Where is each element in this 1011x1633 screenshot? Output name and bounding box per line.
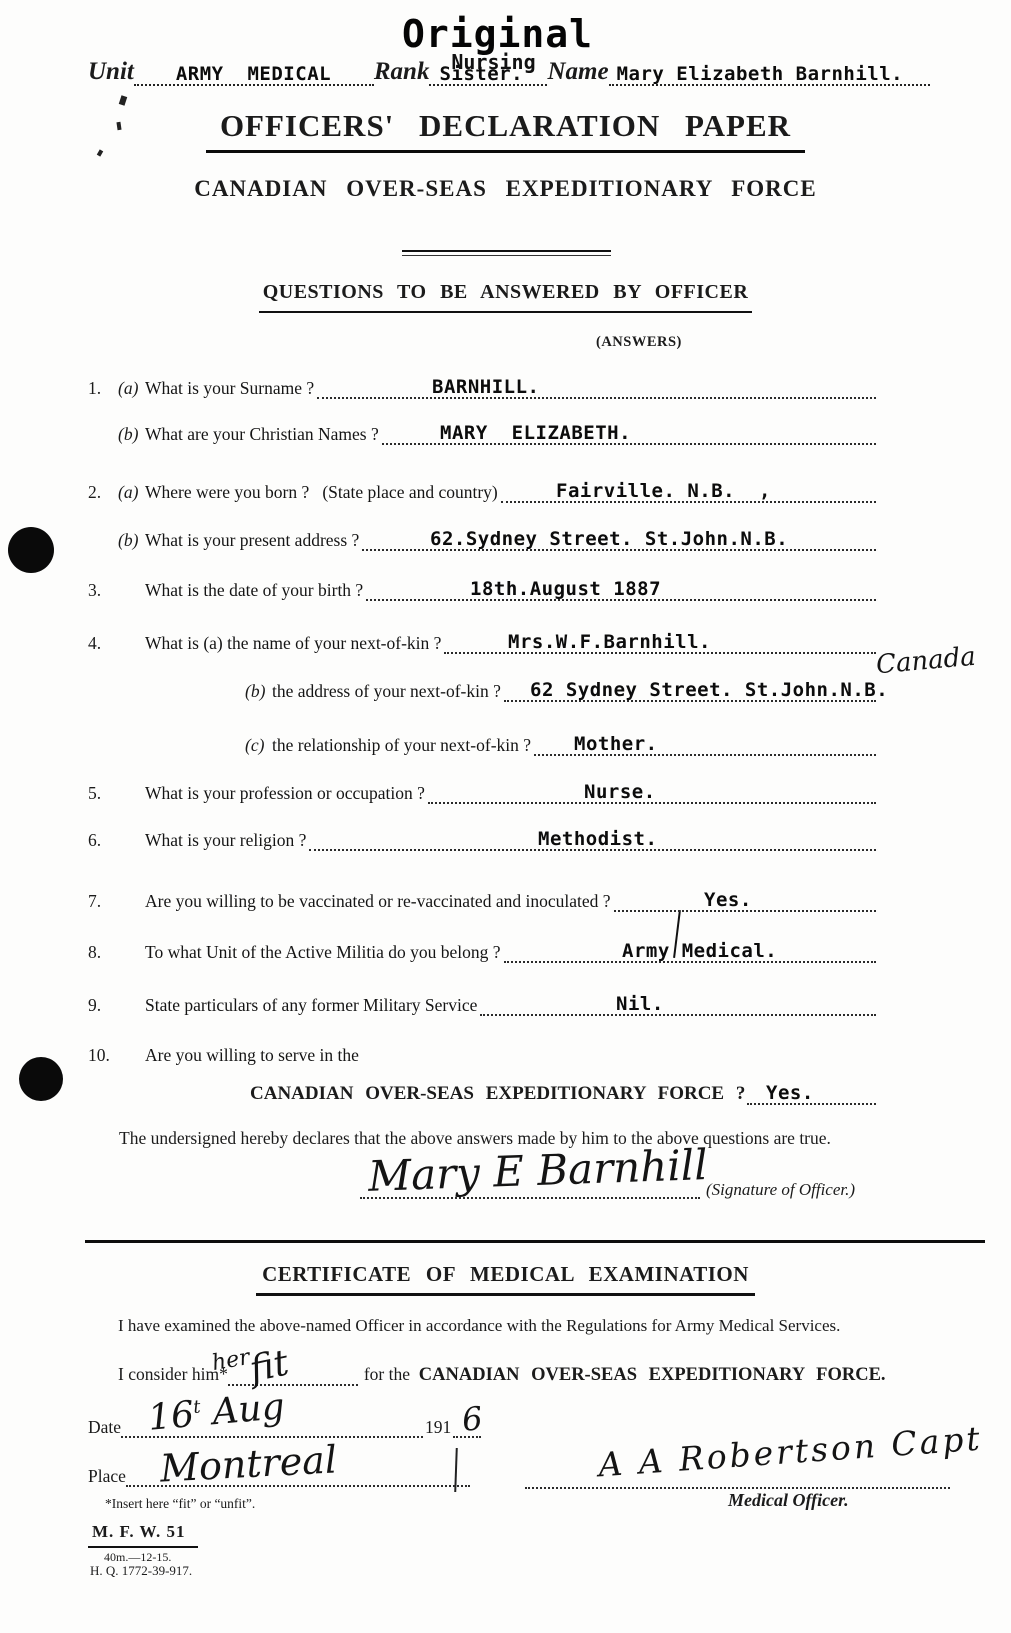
question-label: What is (a) the name of your next-of-kin… bbox=[145, 633, 444, 654]
question-label: Are you willing to serve in the bbox=[145, 1045, 362, 1066]
question-number: 3. bbox=[88, 580, 118, 601]
certificate-heading-wrap: CERTIFICATE OF MEDICAL EXAMINATION bbox=[0, 1262, 1011, 1296]
question-row-8: 8. To what Unit of the Active Militia do… bbox=[88, 937, 876, 963]
questions-heading: QUESTIONS TO BE ANSWERED BY OFFICER bbox=[259, 281, 753, 313]
handwritten-place: Montreal bbox=[159, 1437, 338, 1490]
typed-answer: 62.Sydney Street. St.John.N.B. bbox=[430, 528, 788, 550]
typed-answer: Fairville. N.B. , bbox=[556, 480, 771, 502]
unit-rank-name-row: Unit ARMY MEDICAL Rank Sister. Name Mary… bbox=[88, 58, 930, 86]
hq-ref: H. Q. 1772-39-917. bbox=[90, 1563, 192, 1579]
question-label: Where were you born ? (State place and c… bbox=[145, 482, 501, 503]
question-letter: (b) bbox=[245, 681, 272, 702]
date-printed-191: 191 bbox=[423, 1417, 453, 1438]
question-row-1b: (b) What are your Christian Names ? MARY… bbox=[88, 419, 876, 445]
divider-short bbox=[402, 250, 611, 256]
rank-label: Rank bbox=[374, 58, 430, 86]
question-label: the address of your next-of-kin ? bbox=[272, 681, 504, 702]
unit-value: ARMY MEDICAL bbox=[134, 63, 331, 85]
declaration-paper-scan: Original Nursing Unit ARMY MEDICAL Rank … bbox=[0, 0, 1011, 1633]
question-label: What is your profession or occupation ? bbox=[145, 783, 428, 804]
unit-field: ARMY MEDICAL bbox=[134, 62, 374, 86]
typed-answer: Mother. bbox=[574, 733, 658, 755]
question-row-4c: (c) the relationship of your next-of-kin… bbox=[88, 730, 876, 756]
question-label: What are your Christian Names ? bbox=[145, 424, 382, 445]
question-label: the relationship of your next-of-kin ? bbox=[272, 735, 534, 756]
date-day: 16 bbox=[146, 1394, 195, 1439]
question-label: Are you willing to be vaccinated or re-v… bbox=[145, 891, 614, 912]
question-label: What is your religion ? bbox=[145, 830, 309, 851]
question-label: What is your present address ? bbox=[145, 530, 362, 551]
question-label: To what Unit of the Active Militia do yo… bbox=[145, 942, 504, 963]
typed-answer: 18th.August 1887 bbox=[470, 578, 661, 600]
typed-answer: Nurse. bbox=[584, 781, 656, 803]
question-number: 8. bbox=[88, 942, 118, 963]
typed-answer: Methodist. bbox=[538, 828, 657, 850]
form-code: M. F. W. 51 bbox=[88, 1522, 198, 1548]
question-letter: (c) bbox=[245, 735, 272, 756]
question-row-9: 9. State particulars of any former Milit… bbox=[88, 990, 876, 1016]
typed-answer: Mrs.W.F.Barnhill. bbox=[508, 631, 711, 653]
question-row-4a: 4. What is (a) the name of your next-of-… bbox=[88, 628, 876, 654]
ink-speck bbox=[119, 95, 127, 105]
unit-label: Unit bbox=[88, 58, 134, 86]
consider-plain: for the bbox=[364, 1364, 419, 1384]
question-row-10: 10. Are you willing to serve in the bbox=[88, 1040, 876, 1066]
question-label: What is your Surname ? bbox=[145, 378, 317, 399]
question-number: 5. bbox=[88, 783, 118, 804]
question-letter: (a) bbox=[118, 482, 145, 503]
question-number: 2. bbox=[88, 482, 118, 503]
rank-field: Sister. bbox=[429, 62, 547, 86]
question-row-2b: (b) What is your present address ? 62.Sy… bbox=[88, 525, 876, 551]
punch-hole-top bbox=[8, 527, 54, 573]
consider-bold: CANADIAN OVER-SEAS EXPEDITIONARY FORCE. bbox=[419, 1365, 886, 1385]
fit-unfit-footnote: *Insert here “fit” or “unfit”. bbox=[105, 1496, 255, 1512]
question-row-2a: 2. (a) Where were you born ? (State plac… bbox=[88, 477, 876, 503]
question-number: 7. bbox=[88, 891, 118, 912]
answers-label: (ANSWERS) bbox=[596, 334, 682, 351]
question-number: 1. bbox=[88, 378, 118, 399]
question-letter: (b) bbox=[118, 424, 145, 445]
typed-answer: 62 Sydney Street. St.John.N.B. bbox=[530, 679, 888, 701]
question-number: 10. bbox=[88, 1045, 118, 1066]
date-label: Date bbox=[88, 1417, 121, 1438]
question-row-3: 3. What is the date of your birth ? 18th… bbox=[88, 575, 876, 601]
date-sup: t bbox=[192, 1396, 201, 1418]
typed-answer: Yes. bbox=[704, 889, 752, 911]
form-title: OFFICERS' DECLARATION PAPER bbox=[206, 108, 805, 153]
answer-line bbox=[480, 992, 876, 1016]
question-row-1a: 1. (a) What is your Surname ? BARNHILL. bbox=[88, 373, 876, 399]
question-row-10-continuation: CANADIAN OVER-SEAS EXPEDITIONARY FORCE ?… bbox=[88, 1079, 876, 1105]
question-row-6: 6. What is your religion ? Methodist. bbox=[88, 825, 876, 851]
medical-officer-label: Medical Officer. bbox=[728, 1490, 849, 1511]
question-letter: (b) bbox=[118, 530, 145, 551]
form-title-wrap: OFFICERS' DECLARATION PAPER bbox=[0, 108, 1011, 153]
question-row-4b: (b) the address of your next-of-kin ? 62… bbox=[88, 676, 876, 702]
typed-answer: BARNHILL. bbox=[432, 376, 539, 398]
question-letter: (a) bbox=[118, 378, 145, 399]
name-field: Mary Elizabeth Barnhill. bbox=[609, 62, 930, 86]
question-number: 9. bbox=[88, 995, 118, 1016]
question-number: 4. bbox=[88, 633, 118, 654]
form-subtitle: CANADIAN OVER-SEAS EXPEDITIONARY FORCE bbox=[0, 176, 1011, 202]
questions-heading-wrap: QUESTIONS TO BE ANSWERED BY OFFICER bbox=[0, 281, 1011, 313]
handwritten-year: 6 bbox=[460, 1399, 484, 1439]
handwritten-fit: fit bbox=[246, 1342, 292, 1390]
consider-prefix: I consider him* bbox=[118, 1364, 228, 1385]
question-label: State particulars of any former Military… bbox=[145, 995, 480, 1016]
punch-hole-bottom bbox=[19, 1057, 63, 1101]
handwritten-canada: Canada bbox=[875, 642, 977, 681]
signature-caption: (Signature of Officer.) bbox=[706, 1180, 855, 1200]
place-label: Place bbox=[88, 1466, 126, 1487]
name-value: Mary Elizabeth Barnhill. bbox=[609, 63, 904, 85]
question-row-7: 7. Are you willing to be vaccinated or r… bbox=[88, 886, 876, 912]
certificate-paragraph: I have examined the above-named Officer … bbox=[88, 1316, 908, 1335]
answer-line bbox=[362, 1044, 876, 1066]
name-label: Name bbox=[547, 58, 608, 86]
typed-answer: Yes. bbox=[766, 1082, 814, 1104]
rank-value: Sister. bbox=[429, 63, 523, 85]
date-month: Aug bbox=[211, 1386, 287, 1433]
question-number: 6. bbox=[88, 830, 118, 851]
question-label: What is the date of your birth ? bbox=[145, 580, 366, 601]
typed-answer: Nil. bbox=[616, 993, 664, 1015]
section-divider bbox=[85, 1240, 985, 1243]
typed-answer: Army Medical. bbox=[622, 940, 777, 962]
answer-line bbox=[317, 375, 876, 399]
typed-answer: MARY ELIZABETH. bbox=[440, 422, 631, 444]
consider-suffix: for the CANADIAN OVER-SEAS EXPEDITIONARY… bbox=[358, 1364, 886, 1386]
question-row-5: 5. What is your profession or occupation… bbox=[88, 778, 876, 804]
coef-question-label: CANADIAN OVER-SEAS EXPEDITIONARY FORCE ? bbox=[250, 1083, 747, 1105]
certificate-heading: CERTIFICATE OF MEDICAL EXAMINATION bbox=[256, 1262, 755, 1296]
